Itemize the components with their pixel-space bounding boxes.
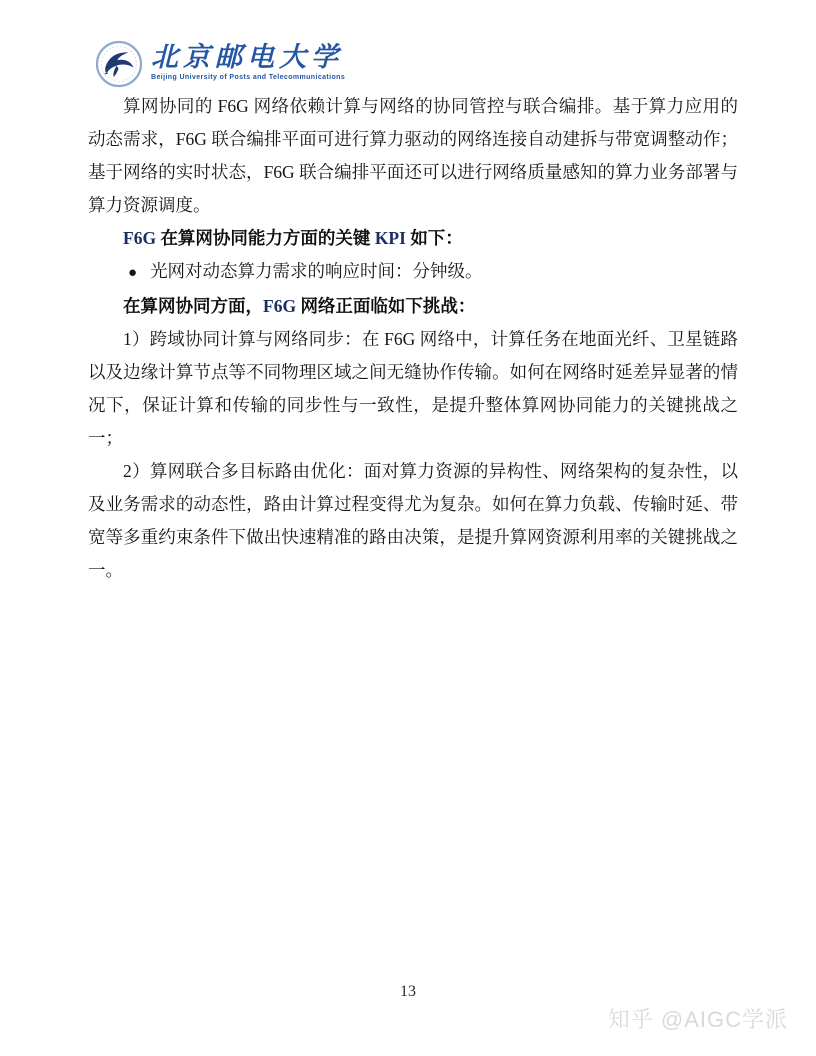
university-logo-text: 北京邮电大学 Beijing University of Posts and T… [151, 40, 345, 82]
page-number: 13 [0, 983, 816, 1001]
kpi-heading-part-f6g: F6G [123, 228, 160, 248]
watermark: 知乎 @AIGC学派 [608, 1003, 788, 1034]
bullet-icon: ● [128, 257, 137, 290]
kpi-bullet-text: 光网对动态算力需求的响应时间：分钟级。 [150, 255, 483, 288]
paragraph-challenge-2: 2）算网联合多目标路由优化：面对算力资源的异构性、网络架构的复杂性，以及业务需求… [88, 455, 738, 587]
paragraph-overview: 算网协同的 F6G 网络依赖计算与网络的协同管控与联合编排。基于算力应用的动态需… [88, 90, 738, 222]
document-page: 北京邮电大学 Beijing University of Posts and T… [0, 0, 816, 1056]
challenges-heading: 在算网协同方面，F6G 网络正面临如下挑战： [88, 290, 738, 323]
paragraph-challenge-1: 1）跨域协同计算与网络同步：在 F6G 网络中，计算任务在地面光纤、卫星链路以及… [88, 323, 738, 455]
kpi-heading: F6G 在算网协同能力方面的关键 KPI 如下： [88, 222, 738, 255]
kpi-bullet-item: ● 光网对动态算力需求的响应时间：分钟级。 [88, 255, 738, 290]
university-crane-emblem-icon [95, 40, 143, 88]
kpi-heading-part-kpi: KPI [375, 228, 411, 248]
challenges-heading-part-cn1: 在算网协同方面， [123, 296, 263, 316]
challenges-heading-part-f6g: F6G [263, 296, 300, 316]
university-name: 北京邮电大学 [151, 42, 345, 72]
document-body: 算网协同的 F6G 网络依赖计算与网络的协同管控与联合编排。基于算力应用的动态需… [88, 90, 738, 587]
challenges-heading-part-cn2: 网络正面临如下挑战： [300, 296, 475, 316]
university-name-en: Beijing University of Posts and Telecomm… [151, 74, 345, 82]
kpi-heading-part-cn2: 如下： [410, 228, 463, 248]
kpi-heading-part-cn1: 在算网协同能力方面的关键 [160, 228, 374, 248]
university-logo: 北京邮电大学 Beijing University of Posts and T… [95, 40, 345, 88]
